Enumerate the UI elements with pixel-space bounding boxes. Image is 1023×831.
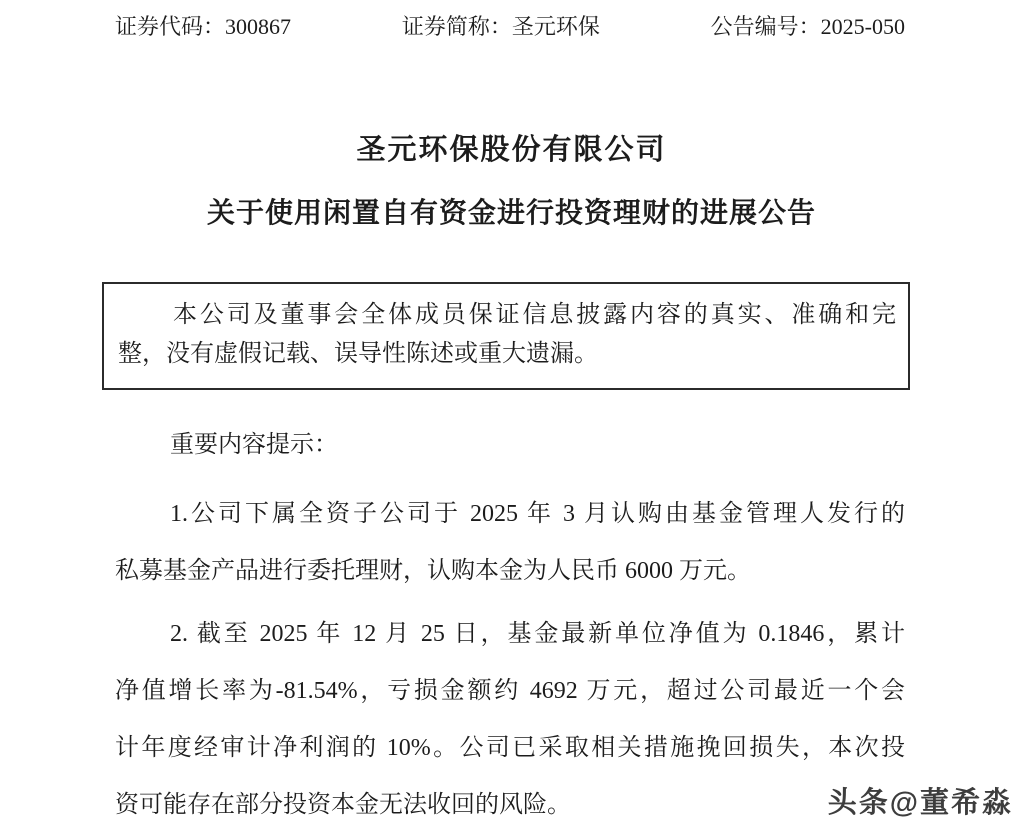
paragraph-2: 2. 截至 2025 年 12 月 25 日，基金最新单位净值为 0.1846，…: [115, 606, 905, 831]
paragraph-1: 1.公司下属全资子公司于 2025 年 3 月认购由基金管理人发行的 私募基金产…: [115, 486, 905, 600]
paragraph-2-line: 计年度经审计净利润的 10%。公司已采取相关措施挽回损失，本次投: [115, 720, 905, 777]
announcement-number-label: 公告编号：2025-050: [711, 12, 905, 42]
toutiao-author-watermark: 头条@董希淼: [828, 780, 1013, 821]
paragraph-2-line: 2. 截至 2025 年 12 月 25 日，基金最新单位净值为 0.1846，…: [115, 606, 905, 663]
announcement-subject-title: 关于使用闲置自有资金进行投资理财的进展公告: [0, 192, 1023, 236]
board-statement-line: 整，没有虚假记载、误导性陈述或重大遗漏。: [118, 335, 896, 374]
paragraph-1-line: 1.公司下属全资子公司于 2025 年 3 月认购由基金管理人发行的: [115, 486, 905, 543]
document-header-row: 证券代码：300867 证券简称：圣元环保 公告编号：2025-050: [0, 0, 1023, 42]
stock-short-name-label: 证券简称：圣元环保: [402, 12, 600, 42]
paragraph-2-line: 净值增长率为-81.54%，亏损金额约 4692 万元，超过公司最近一个会: [115, 663, 905, 720]
important-content-hint: 重要内容提示：: [115, 430, 1023, 460]
announcement-document-page: 证券代码：300867 证券简称：圣元环保 公告编号：2025-050 圣元环保…: [0, 0, 1023, 831]
board-statement-box: 本公司及董事会全体成员保证信息披露内容的真实、准确和完 整，没有虚假记载、误导性…: [102, 282, 910, 390]
board-statement-line: 本公司及董事会全体成员保证信息披露内容的真实、准确和完: [118, 296, 896, 335]
paragraph-1-line: 私募基金产品进行委托理财，认购本金为人民币 6000 万元。: [115, 543, 905, 600]
paragraph-2-line: 资可能存在部分投资本金无法收回的风险。: [115, 777, 905, 831]
company-name-title: 圣元环保股份有限公司: [0, 128, 1023, 172]
stock-code-label: 证券代码：300867: [115, 12, 291, 42]
